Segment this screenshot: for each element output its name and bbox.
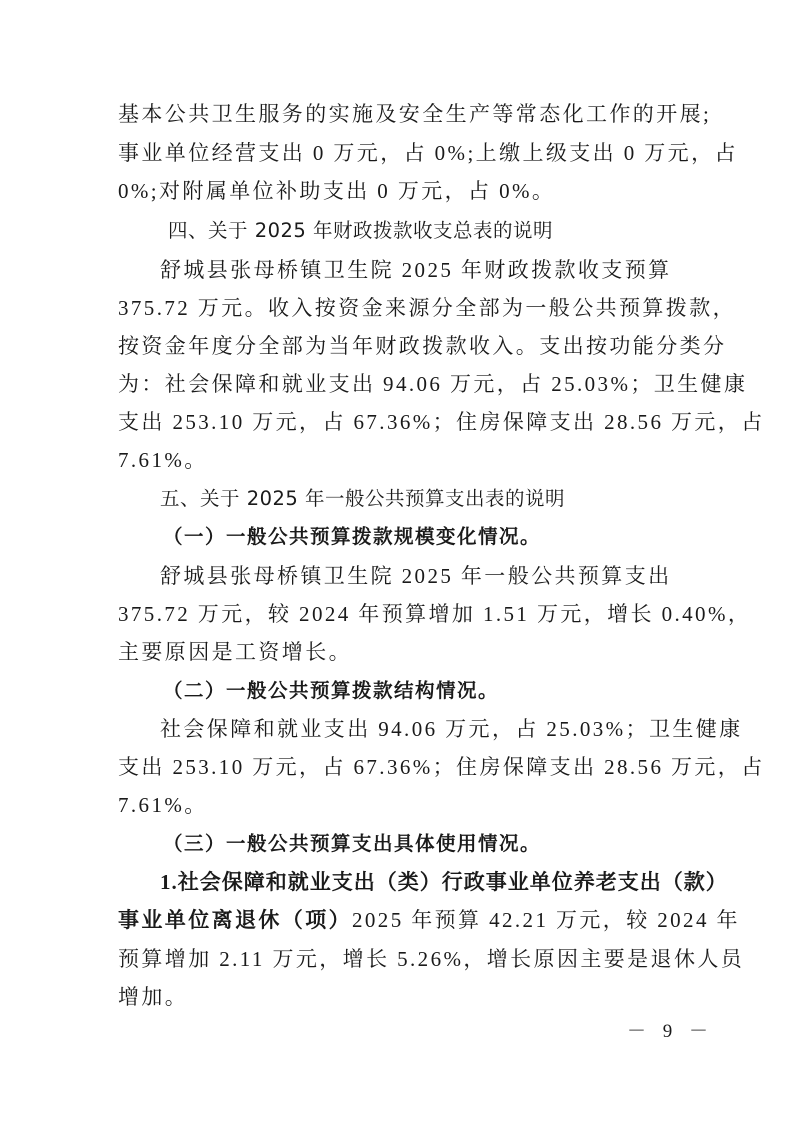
paragraph-line: 375.72 万元，较 2024 年预算增加 1.51 万元，增长 0.40%，	[118, 601, 678, 627]
paragraph-line: 事业单位经营支出 0 万元，占 0%;上缴上级支出 0 万元，占	[118, 140, 678, 166]
paragraph-line: 375.72 万元。收入按资金来源分全部为一般公共预算拨款，	[118, 295, 678, 321]
subsection-heading-2: （二）一般公共预算拨款结构情况。	[163, 678, 723, 704]
paragraph-line: 为：社会保障和就业支出 94.06 万元，占 25.03%；卫生健康	[118, 371, 678, 397]
paragraph-line: 支出 253.10 万元，占 67.36%；住房保障支出 28.56 万元，占	[118, 409, 678, 435]
paragraph-line: 0%;对附属单位补助支出 0 万元，占 0%。	[118, 178, 678, 204]
paragraph-line: 社会保障和就业支出 94.06 万元，占 25.03%；卫生健康	[160, 716, 720, 742]
paragraph-line: 支出 253.10 万元，占 67.36%；住房保障支出 28.56 万元，占	[118, 754, 678, 780]
item-heading-1: 1.社会保障和就业支出（类）行政事业单位养老支出（款）	[160, 869, 720, 895]
subsection-heading-3: （三）一般公共预算支出具体使用情况。	[163, 831, 723, 857]
paragraph-line: 主要原因是工资增长。	[118, 639, 678, 665]
paragraph-line: 舒城县张母桥镇卫生院 2025 年财政拨款收支预算	[160, 257, 720, 283]
section-heading-5: 五、关于 2025 年一般公共预算支出表的说明	[160, 486, 720, 512]
paragraph-line: 预算增加 2.11 万元，增长 5.26%，增长原因主要是退休人员	[118, 946, 678, 972]
item-heading-bold-prefix: 事业单位离退休（项）	[118, 908, 352, 932]
section-heading-4: 四、关于 2025 年财政拨款收支总表的说明	[168, 218, 728, 244]
paragraph-line: 舒城县张母桥镇卫生院 2025 年一般公共预算支出	[160, 563, 720, 589]
subsection-heading-1: （一）一般公共预算拨款规模变化情况。	[163, 524, 723, 550]
page-number: － 9 －	[627, 1016, 714, 1043]
paragraph-line: 基本公共卫生服务的实施及安全生产等常态化工作的开展;	[118, 101, 678, 127]
paragraph-line: 事业单位离退休（项）2025 年预算 42.21 万元，较 2024 年	[118, 907, 678, 933]
paragraph-line: 增加。	[118, 984, 678, 1010]
item-text: 2025 年预算 42.21 万元，较 2024 年	[352, 908, 740, 932]
paragraph-line: 7.61%。	[118, 792, 678, 818]
paragraph-line: 7.61%。	[118, 447, 678, 473]
paragraph-line: 按资金年度分全部为当年财政拨款收入。支出按功能分类分	[118, 333, 678, 359]
